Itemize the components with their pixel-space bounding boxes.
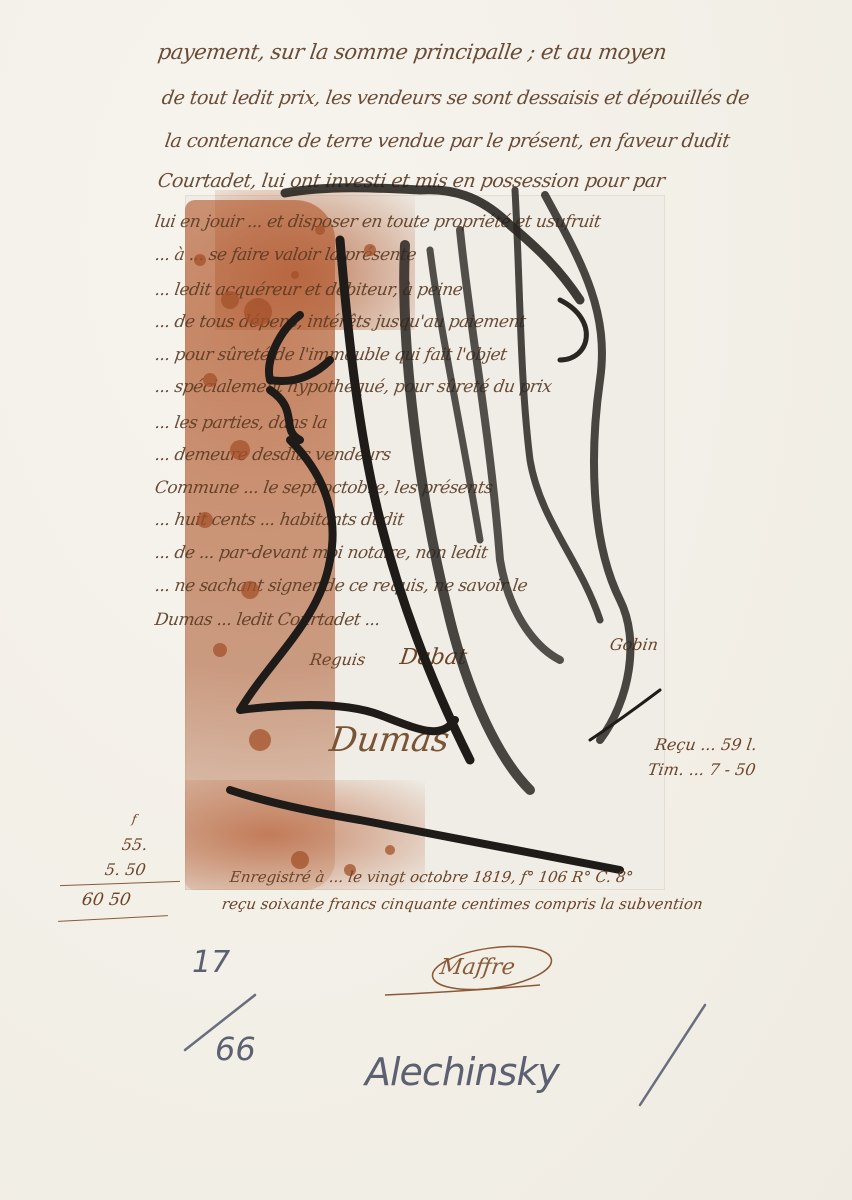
edition-number-bottom: 66 (215, 1030, 256, 1068)
artist-signature: Alechinsky (365, 1050, 559, 1094)
edition-slash-icon (0, 0, 852, 1200)
